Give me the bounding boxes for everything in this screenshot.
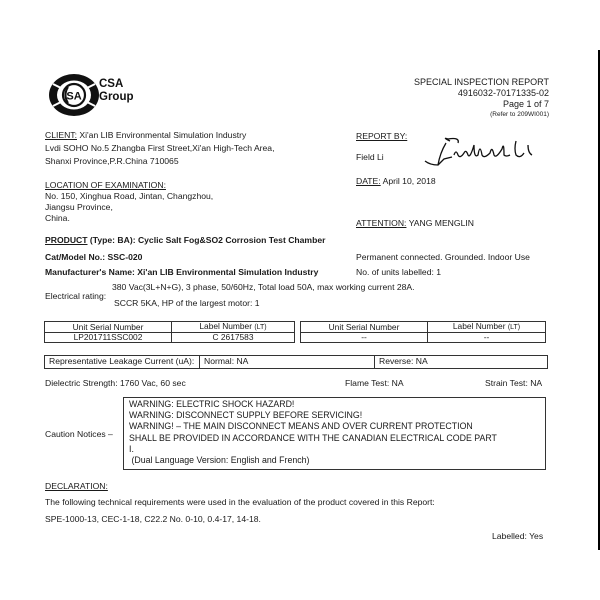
- electrical-rating-label: Electrical rating:: [45, 291, 106, 302]
- declaration-standards: SPE-1000-13, CEC-1-18, C22.2 No. 0-10, 0…: [45, 514, 261, 525]
- table-header: Label Number (LT): [172, 322, 295, 333]
- manufacturer-name: Manufacturer's Name: Xi'an LIB Environme…: [45, 267, 318, 278]
- location-line-3: China.: [45, 213, 213, 224]
- units-table-right: Unit Serial Number Label Number (LT) -- …: [300, 321, 546, 343]
- electrical-rating-line-2: SCCR 5KA, HP of the largest motor: 1: [114, 298, 260, 309]
- caution-line: WARNING! – THE MAIN DISCONNECT MEANS AND…: [129, 421, 545, 432]
- table-header: Unit Serial Number: [301, 322, 428, 333]
- table-row: -- --: [301, 333, 546, 343]
- connection-info: Permanent connected. Grounded. Indoor Us…: [356, 252, 530, 263]
- attention-value: YANG MENGLIN: [409, 218, 474, 228]
- client-address-1: Lvdi SOHO No.5 Zhangba First Street,Xi'a…: [45, 143, 274, 154]
- logo-line-1: CSA: [99, 78, 134, 91]
- report-by-label: REPORT BY:: [356, 131, 407, 142]
- units-table-left: Unit Serial Number Label Number (LT) LP2…: [44, 321, 295, 343]
- product-label: PRODUCT: [45, 235, 88, 245]
- caution-line: (Dual Language Version: English and Fren…: [129, 455, 545, 466]
- caution-notices-box: WARNING: ELECTRIC SHOCK HAZARD! WARNING:…: [123, 397, 546, 470]
- table-header: Unit Serial Number: [45, 322, 172, 333]
- leakage-current-row: Representative Leakage Current (uA): Nor…: [44, 355, 548, 369]
- declaration-text: The following technical requirements wer…: [45, 497, 435, 508]
- caution-line: I.: [129, 444, 545, 455]
- client-label: CLIENT:: [45, 130, 77, 140]
- logo-wordmark: CSA Group: [99, 78, 134, 104]
- attention-block: ATTENTION: YANG MENGLIN: [356, 218, 474, 229]
- location-line-1: No. 150, Xinghua Road, Jintan, Changzhou…: [45, 191, 213, 202]
- labelled-status: Labelled: Yes: [492, 531, 543, 542]
- label-number: --: [428, 333, 546, 343]
- svg-text:SA: SA: [66, 91, 81, 103]
- caution-line: WARNING: ELECTRIC SHOCK HAZARD!: [129, 399, 545, 410]
- attention-label: ATTENTION:: [356, 218, 406, 228]
- flame-test: Flame Test: NA: [345, 378, 404, 389]
- logo-line-2: Group: [99, 91, 134, 104]
- product-line: PRODUCT (Type: BA): Cyclic Salt Fog&SO2 …: [45, 235, 325, 246]
- date-label: DATE:: [356, 176, 381, 186]
- caution-line: SHALL BE PROVIDED IN ACCORDANCE WITH THE…: [129, 433, 545, 444]
- leakage-normal: Normal: NA: [200, 356, 375, 368]
- unit-serial-number: LP201711SSC002: [45, 333, 172, 343]
- label-number: C 2617583: [172, 333, 295, 343]
- product-value: (Type: BA): Cyclic Salt Fog&SO2 Corrosio…: [88, 235, 326, 245]
- unit-serial-number: --: [301, 333, 428, 343]
- model-number: Cat/Model No.: SSC-020: [45, 252, 142, 263]
- declaration-label: DECLARATION:: [45, 481, 108, 492]
- report-number: 4916032-70171335-02: [414, 88, 549, 99]
- electrical-rating-line-1: 380 Vac(3L+N+G), 3 phase, 50/60Hz, Total…: [112, 282, 415, 293]
- date-value: April 10, 2018: [383, 176, 436, 186]
- report-header: SPECIAL INSPECTION REPORT 4916032-701713…: [414, 77, 549, 120]
- units-labelled: No. of units labelled: 1: [356, 267, 441, 278]
- date-block: DATE: April 10, 2018: [356, 176, 436, 187]
- dielectric-strength: Dielectric Strength: 1760 Vac, 60 sec: [45, 378, 186, 389]
- location-line-2: Jiangsu Province,: [45, 202, 213, 213]
- caution-line: WARNING: DISCONNECT SUPPLY BEFORE SERVIC…: [129, 410, 545, 421]
- signature-icon: [420, 135, 545, 170]
- report-by-name: Field Li: [356, 152, 384, 163]
- client-block: CLIENT: Xi'an LIB Environmental Simulati…: [45, 130, 274, 167]
- leakage-reverse: Reverse: NA: [375, 356, 428, 368]
- report-title: SPECIAL INSPECTION REPORT: [414, 77, 549, 88]
- table-row: LP201711SSC002 C 2617583: [45, 333, 295, 343]
- caution-label: Caution Notices –: [45, 429, 113, 440]
- reference: (Refer to 209WI001): [414, 110, 549, 120]
- location-block: LOCATION OF EXAMINATION: No. 150, Xinghu…: [45, 180, 213, 224]
- page-number: Page 1 of 7: [414, 99, 549, 110]
- table-header: Label Number (LT): [428, 322, 546, 333]
- client-name: Xi'an LIB Environmental Simulation Indus…: [79, 130, 246, 140]
- client-address-2: Shanxi Province,P.R.China 710065: [45, 156, 274, 167]
- location-label: LOCATION OF EXAMINATION:: [45, 180, 213, 191]
- leakage-label: Representative Leakage Current (uA):: [45, 356, 200, 368]
- strain-test: Strain Test: NA: [485, 378, 542, 389]
